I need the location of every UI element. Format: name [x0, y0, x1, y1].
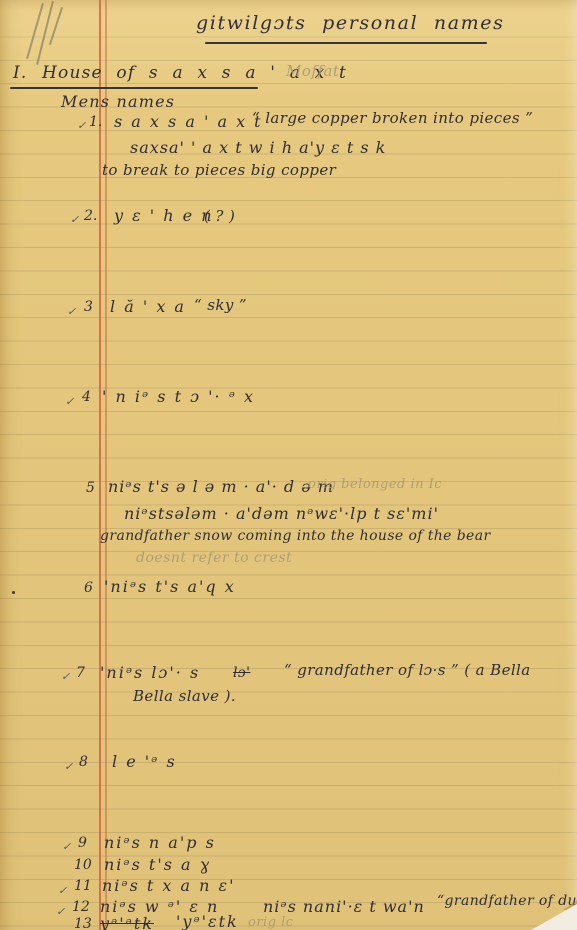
entry-11-name: niᵊs t x a n ɛ' — [102, 876, 236, 895]
entry-10-number: 10 — [74, 857, 92, 873]
entry-5-pencil-note: orig belonged in Ic — [308, 477, 442, 492]
entry-4-number: 4 — [82, 389, 91, 405]
entry-1-alt: saxsa' ' a x t w i h a'y ɛ t s k — [130, 138, 386, 157]
entry-6-name: 'niᵊs t's a'q x — [104, 577, 236, 596]
notebook-page: gitwilgɔts personal names I. House of s … — [0, 0, 577, 930]
entry-11-number: 11 — [74, 878, 92, 894]
entry-5-pencil-note-2: doesnt refer to crest — [136, 550, 292, 566]
entry-7-number: 7 — [76, 665, 85, 681]
entry-1-translation: to break to pieces big copper — [102, 161, 336, 179]
entry-5-name: niᵊs t's ə l ə m · a'· d ə m — [108, 477, 334, 496]
entry-2-name: y ɛ ' h e n — [114, 206, 214, 225]
entry-3-gloss: “ sky ” — [194, 296, 247, 314]
entry-2-number: 2. — [84, 208, 97, 224]
heading-underline — [10, 87, 258, 89]
entry-13-pencil-note: orig lc — [248, 915, 294, 930]
entry-3-number: 3 — [84, 299, 93, 315]
entry-9-number: 9 — [78, 835, 87, 851]
entry-8-number: 8 — [79, 754, 88, 770]
entry-10-name: niᵊs t's a ɣ — [104, 855, 211, 874]
entry-5-alt: niᵊstsələm · a'dəm nᵊwɛ'·lp t sɛ'mi' — [124, 504, 439, 523]
check-mark: ✓ — [61, 670, 70, 683]
margin-rule-inner — [105, 0, 107, 930]
subheading: Mens names — [61, 92, 175, 111]
entry-13-number: 13 — [74, 916, 92, 930]
entry-1-gloss: “ large copper broken into pieces ” — [252, 109, 533, 127]
entry-5-translation: grandfather snow coming into the house o… — [100, 528, 491, 544]
check-mark: ✓ — [65, 395, 74, 408]
entry-2-gloss: ( ? ) — [204, 207, 235, 225]
entry-5-number: 5 — [86, 480, 95, 496]
page-corner-fold — [531, 904, 577, 930]
page-title: gitwilgɔts personal names — [196, 12, 504, 34]
entry-4-name: ' n iᵊ s t ɔ '· ᵊ x — [102, 387, 255, 406]
entry-9-name: niᵊs n a'p s — [104, 833, 216, 852]
entry-1-number: 1. — [89, 114, 102, 130]
check-mark: ✓ — [70, 213, 79, 226]
check-mark: ✓ — [64, 760, 73, 773]
entry-3-name: l ă ' x a — [110, 297, 186, 316]
check-mark: ✓ — [58, 884, 67, 897]
entry-13-name: 'yᵊ'ɛtk — [176, 912, 239, 930]
entry-8-name: l e 'ᵊ s — [112, 752, 177, 771]
ink-dot — [12, 591, 15, 594]
entry-7-gloss-continued: Bella slave ). — [133, 687, 236, 705]
entry-12-alt: niᵊs nani'·ɛ t wa'n — [263, 897, 425, 916]
title-underline — [205, 42, 487, 44]
entry-7-name: 'niᵊs lɔ'· s — [100, 663, 200, 682]
entry-7-gloss: “ grandfather of lɔ·s ” ( a Bella — [284, 661, 531, 679]
check-mark: ✓ — [67, 305, 76, 318]
entry-6-number: 6 — [84, 580, 93, 596]
entry-13-struck-name: yᵊ'ᵊtk — [100, 914, 154, 930]
check-mark: ✓ — [77, 119, 86, 132]
heading-pencil-note: Moffat — [286, 62, 339, 80]
check-mark: ✓ — [56, 905, 65, 918]
check-mark: ✓ — [62, 840, 71, 853]
entry-7-struck-word: lɔ' — [233, 665, 250, 681]
entry-1-name: s a x s a ' a x t — [114, 112, 263, 131]
heading-roman-numeral: I. — [13, 63, 28, 83]
margin-rule-outer — [99, 0, 101, 930]
entry-12-number: 12 — [72, 899, 90, 915]
